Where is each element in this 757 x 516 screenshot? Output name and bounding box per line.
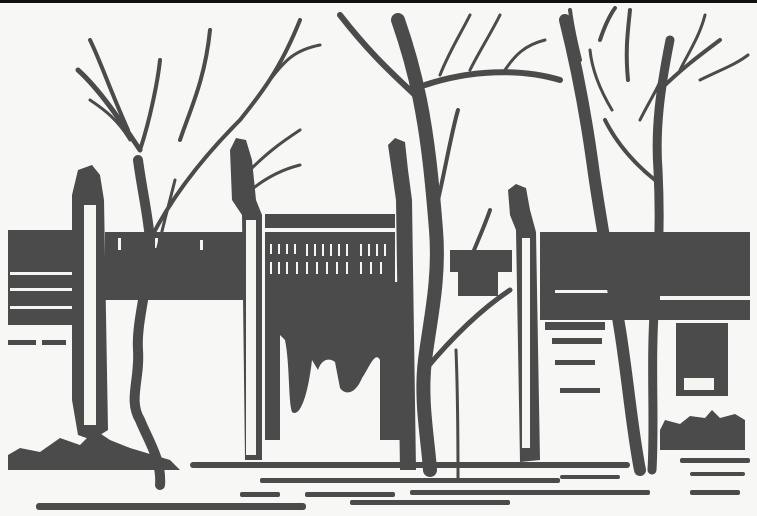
wall-structure [8,214,750,450]
sketch-illustration [0,0,757,516]
sketch-drawing [0,0,757,516]
